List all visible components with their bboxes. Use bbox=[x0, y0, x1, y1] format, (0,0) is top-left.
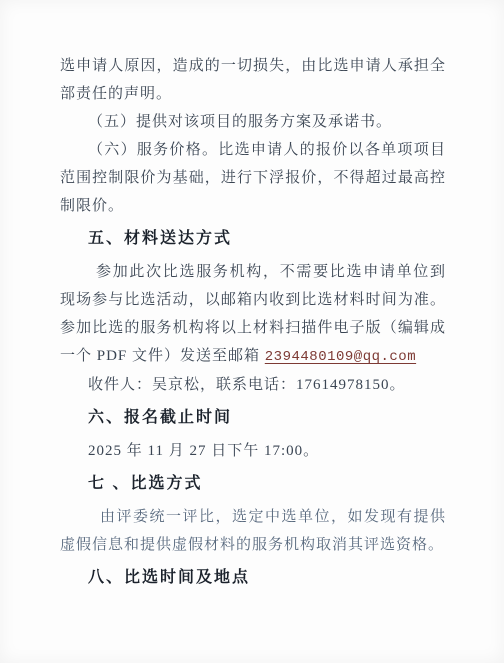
heading-section-5-material-delivery: 五、材料送达方式 bbox=[88, 225, 446, 253]
paragraph-liability-statement: 选申请人原因，造成的一切损失，由比选申请人承担全部责任的声明。 bbox=[60, 52, 446, 108]
paragraph-recipient-contact: 收件人：吴京松，联系电话：17614978150。 bbox=[60, 371, 446, 399]
paragraph-deadline-date: 2025 年 11 月 27 日下午 17:00。 bbox=[60, 437, 446, 465]
document-page: 选申请人原因，造成的一切损失，由比选申请人承担全部责任的声明。 （五）提供对该项… bbox=[0, 0, 504, 663]
document-viewport: 选申请人原因，造成的一切损失，由比选申请人承担全部责任的声明。 （五）提供对该项… bbox=[0, 0, 504, 663]
paragraph-item-5-service-plan: （五）提供对该项目的服务方案及承诺书。 bbox=[60, 108, 446, 136]
paragraph-evaluation-rule: 由评委统一评比，选定中选单位，如发现有提供虚假信息和提供虚假材料的服务机构取消其… bbox=[60, 503, 446, 559]
paragraph-item-6-service-price: （六）服务价格。比选申请人的报价以各单项项目范围控制限价为基础，进行下浮报价，不… bbox=[60, 136, 446, 220]
heading-section-7-comparison-method: 七 、比选方式 bbox=[88, 470, 446, 498]
heading-section-6-registration-deadline: 六、报名截止时间 bbox=[88, 404, 446, 432]
email-link[interactable]: 2394480109@qq.com bbox=[265, 349, 416, 365]
paragraph-delivery-method: 参加此次比选服务机构，不需要比选申请单位到现场参与比选活动，以邮箱内收到比选材料… bbox=[60, 258, 446, 371]
heading-section-8-time-and-place: 八、比选时间及地点 bbox=[88, 564, 446, 592]
